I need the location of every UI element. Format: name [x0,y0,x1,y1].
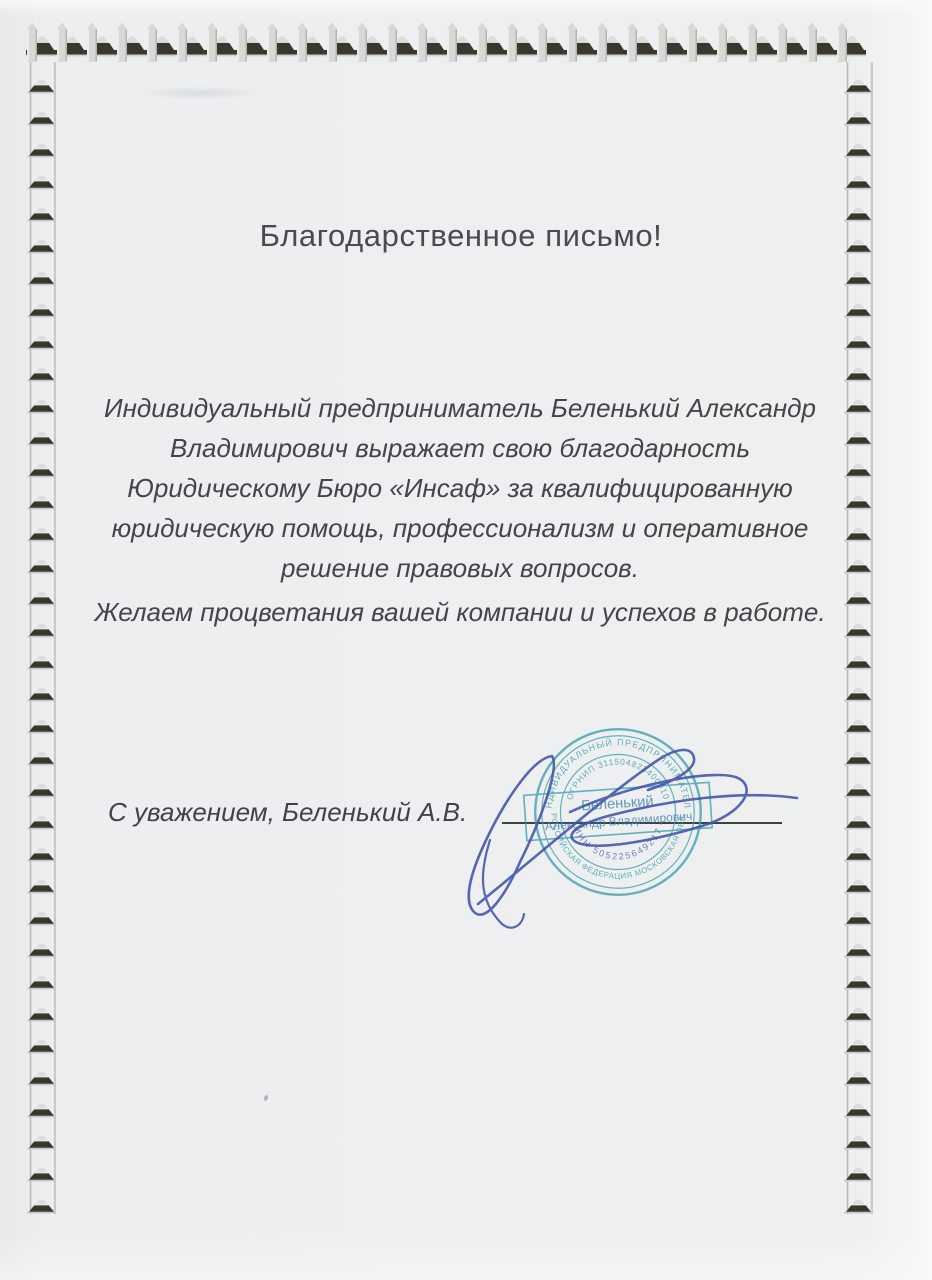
frame-unit-top [146,21,176,62]
scan-top-highlight [0,0,932,16]
frame-unit-top [476,21,506,62]
frame-unit-top [386,21,416,62]
frame-unit-side [27,926,56,958]
letter-signoff: С уважением, Беленький А.В. [108,797,467,828]
frame-unit-side [27,414,56,446]
frame-unit-side [844,1182,873,1214]
frame-unit-side [844,350,873,382]
handwritten-signature [420,672,820,952]
frame-unit-top [26,21,56,62]
frame-unit-side [844,254,873,286]
frame-unit-top [266,21,296,62]
frame-unit-side [27,510,56,542]
frame-unit-side [27,1150,56,1182]
frame-unit-side [844,382,873,414]
scan-bottom-highlight [0,1230,932,1280]
frame-unit-side [844,94,873,126]
frame-unit-side [27,222,56,254]
frame-unit-top [206,21,236,62]
frame-unit-top [356,21,386,62]
frame-unit-side [27,606,56,638]
frame-unit-side [27,574,56,606]
frame-unit-side [27,894,56,926]
frame-unit-top [776,21,806,62]
frame-unit-side [27,542,56,574]
frame-unit-top [416,21,446,62]
frame-unit-side [27,766,56,798]
frame-unit-top [446,21,476,62]
frame-unit-top [806,21,836,62]
frame-unit-side [844,958,873,990]
frame-unit-side [27,190,56,222]
scan-smudge [140,86,260,100]
frame-unit-side [844,638,873,670]
frame-unit-side [844,158,873,190]
frame-unit-side [844,1086,873,1118]
frame-unit-side [27,670,56,702]
letter-body-line: Юридическому Бюро «Инсаф» за квалифициро… [90,468,830,508]
frame-unit-side [844,478,873,510]
frame-unit-side [27,350,56,382]
frame-unit-top [836,21,866,62]
letter-body-line: Владимирович выражает свою благодарность [90,428,830,468]
frame-unit-side [844,446,873,478]
frame-unit-side [27,1022,56,1054]
frame-unit-side [27,94,56,126]
frame-unit-side [844,862,873,894]
frame-unit-side [844,1118,873,1150]
letter-body: Индивидуальный предприниматель Беленький… [90,388,830,588]
frame-unit-side [844,1054,873,1086]
letter-body-line: Индивидуальный предприниматель Беленький… [90,388,830,428]
frame-unit-top [566,21,596,62]
frame-unit-side [844,670,873,702]
frame-unit-side [27,446,56,478]
frame-unit-top [326,21,356,62]
frame-unit-side [27,62,56,94]
frame-unit-side [844,542,873,574]
frame-unit-top [116,21,146,62]
frame-unit-side [27,318,56,350]
frame-unit-side [27,126,56,158]
scan-right-edge [908,0,932,1280]
frame-unit-top [716,21,746,62]
frame-unit-side [27,254,56,286]
frame-unit-side [844,926,873,958]
frame-unit-side [844,510,873,542]
frame-unit-side [844,1022,873,1054]
frame-unit-top [686,21,716,62]
scanned-letter-page: Благодарственное письмо! Индивидуальный … [0,0,932,1280]
frame-unit-side [844,766,873,798]
letter-wish-line: Желаем процветания вашей компании и успе… [56,597,864,628]
frame-unit-side [27,1054,56,1086]
frame-unit-side [844,990,873,1022]
frame-unit-side [27,958,56,990]
frame-unit-side [27,1086,56,1118]
frame-unit-top [746,21,776,62]
letter-title: Благодарственное письмо! [66,218,856,254]
frame-unit-side [27,1118,56,1150]
frame-unit-side [27,1182,56,1214]
frame-unit-side [844,734,873,766]
frame-unit-side [27,990,56,1022]
frame-unit-side [844,286,873,318]
frame-unit-side [844,62,873,94]
frame-unit-side [27,382,56,414]
frame-unit-top [86,21,116,62]
frame-unit-side [844,830,873,862]
frame-unit-top [536,21,566,62]
letter-body-line: решение правовых вопросов. [90,548,830,588]
frame-unit-top [656,21,686,62]
frame-unit-side [27,862,56,894]
frame-border-left [27,62,56,1215]
frame-unit-side [844,318,873,350]
frame-unit-side [844,894,873,926]
frame-unit-top [506,21,536,62]
frame-unit-side [27,734,56,766]
frame-unit-side [844,702,873,734]
frame-unit-side [27,158,56,190]
frame-unit-top [296,21,326,62]
frame-unit-top [596,21,626,62]
scan-ink-speck [263,1094,269,1101]
frame-unit-side [27,286,56,318]
frame-unit-top [626,21,656,62]
frame-unit-side [844,1150,873,1182]
frame-unit-side [27,638,56,670]
frame-unit-side [27,478,56,510]
frame-unit-side [27,798,56,830]
frame-unit-side [27,702,56,734]
frame-unit-top [56,21,86,62]
frame-unit-top [236,21,266,62]
frame-unit-side [844,126,873,158]
frame-unit-side [844,798,873,830]
frame-unit-side [27,830,56,862]
frame-border-top [26,21,872,62]
letter-body-line: юридическую помощь, профессионализм и оп… [90,508,830,548]
frame-unit-side [844,414,873,446]
frame-unit-top [176,21,206,62]
